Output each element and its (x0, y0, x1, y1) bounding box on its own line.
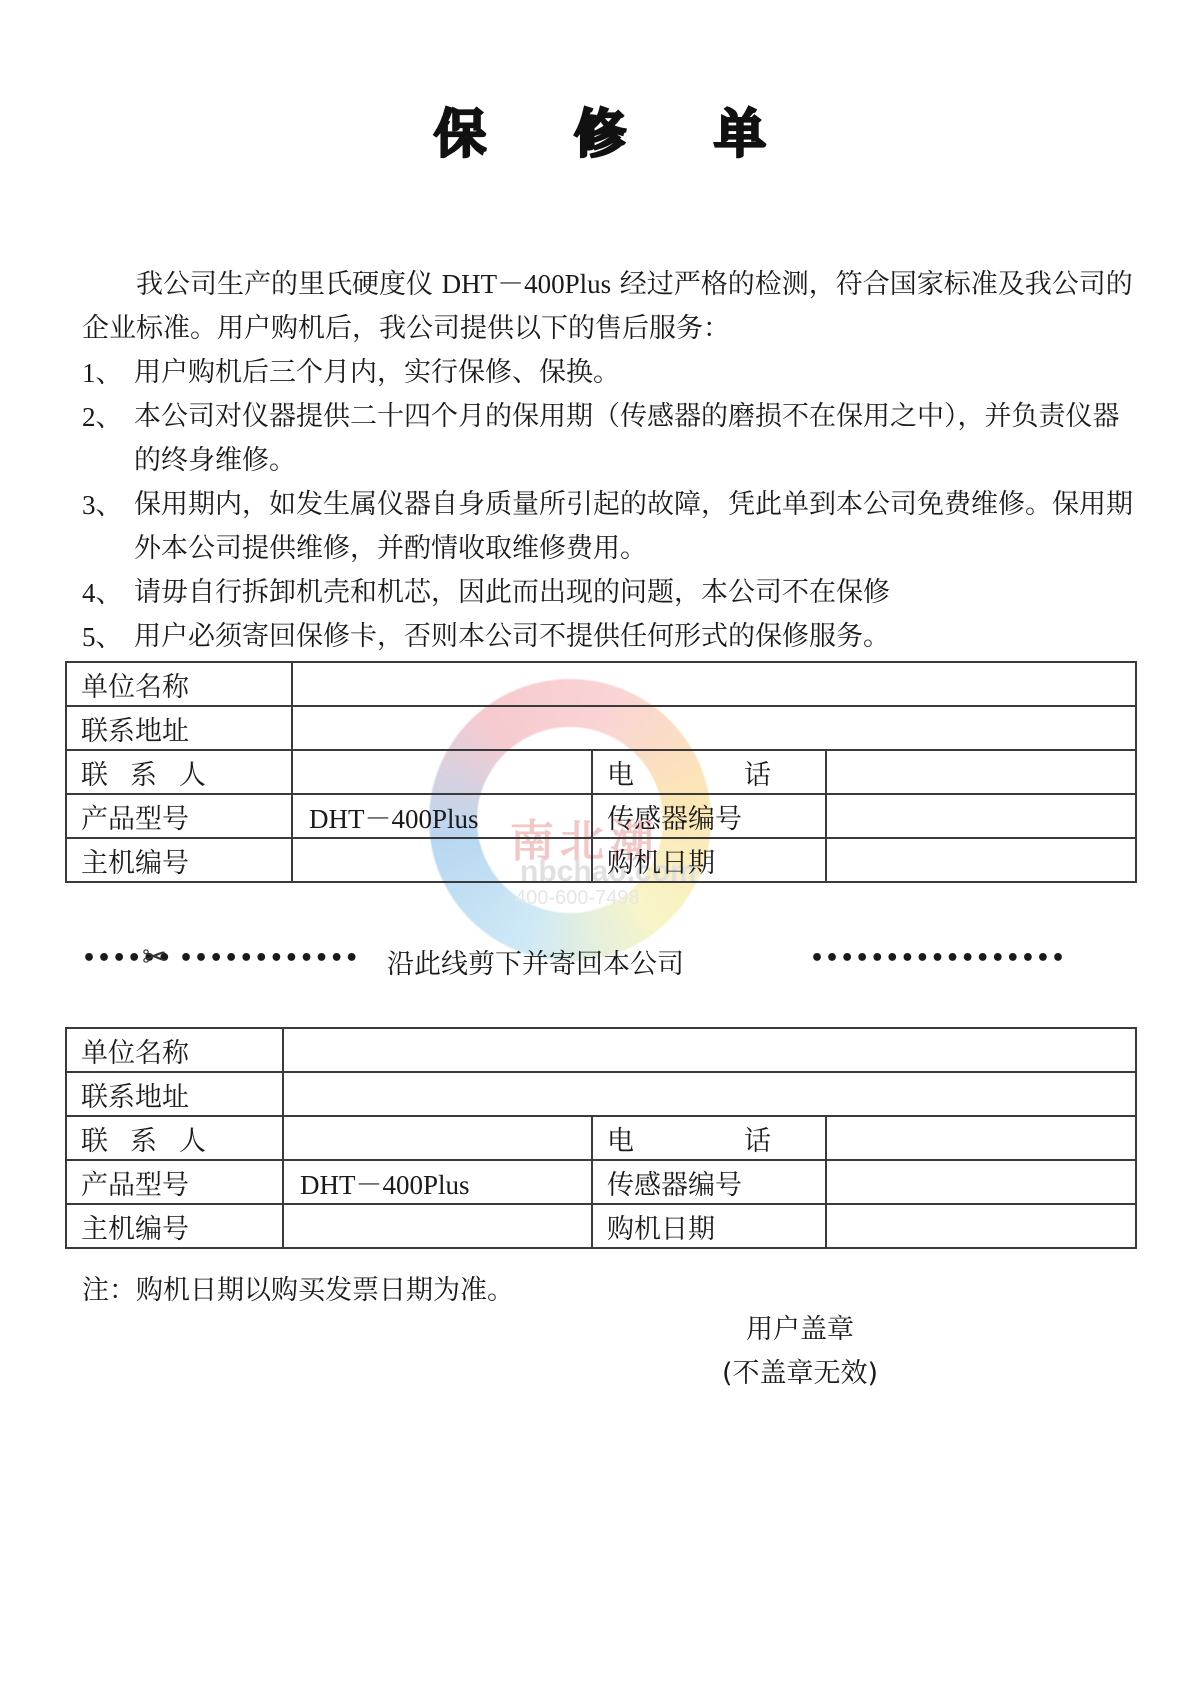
contact-field[interactable] (292, 750, 592, 794)
title-char: 单 (714, 92, 766, 167)
table-row: 联系地址 (66, 706, 1136, 750)
address-field[interactable] (283, 1072, 1136, 1116)
label-phone: 电话 (592, 750, 826, 794)
user-stamp-area: 用户盖章 (不盖章无效) (700, 1308, 900, 1396)
label-model: 产品型号 (66, 794, 292, 838)
label-host-no: 主机编号 (66, 838, 292, 882)
host-no-field[interactable] (292, 838, 592, 882)
term-text: 请毋自行拆卸机壳和机芯，因此而出现的问题，本公司不在保修 (134, 571, 1142, 615)
purchase-date-field[interactable] (826, 1204, 1136, 1248)
term-number: 4、 (82, 571, 134, 615)
table-row: 主机编号 购机日期 (66, 1204, 1136, 1248)
table-row: 单位名称 (66, 662, 1136, 706)
label-sensor-no: 传感器编号 (592, 1160, 826, 1204)
sensor-no-field[interactable] (826, 1160, 1136, 1204)
host-no-field[interactable] (283, 1204, 592, 1248)
company-name-field[interactable] (283, 1028, 1136, 1072)
term-number: 2、 (82, 395, 134, 483)
label-phone-a: 电 (607, 1126, 634, 1157)
table-row: 产品型号 DHT－400Plus 传感器编号 (66, 794, 1136, 838)
term-item: 4、请毋自行拆卸机壳和机芯，因此而出现的问题，本公司不在保修 (82, 571, 1142, 615)
table-row: 联系地址 (66, 1072, 1136, 1116)
term-number: 3、 (82, 483, 134, 571)
label-host-no: 主机编号 (66, 1204, 283, 1248)
term-text: 保用期内，如发生属仪器自身质量所引起的故障，凭此单到本公司免费维修。保用期外本公… (134, 483, 1142, 571)
cut-line: •••••• ✂ •••••••••••• 沿此线剪下并寄回本公司 ••••••… (82, 942, 1142, 982)
term-number: 1、 (82, 351, 134, 395)
sensor-no-field[interactable] (826, 794, 1136, 838)
cut-dots-right: ••••••••••••••••• (810, 946, 1066, 971)
cut-dots-mid: •••••••••••• (179, 946, 360, 971)
address-field[interactable] (292, 706, 1136, 750)
contact-field[interactable] (283, 1116, 592, 1160)
term-item: 5、用户必须寄回保修卡，否则本公司不提供任何形式的保修服务。 (82, 615, 1142, 659)
warranty-terms: 我公司生产的里氏硬度仪 DHT－400Plus 经过严格的检测，符合国家标准及我… (82, 262, 1142, 659)
label-phone-b: 话 (744, 760, 771, 791)
phone-field[interactable] (826, 750, 1136, 794)
label-sensor-no: 传感器编号 (592, 794, 826, 838)
term-text: 本公司对仪器提供二十四个月的保用期（传感器的磨损不在保用之中），并负责仪器的终身… (134, 395, 1142, 483)
table-row: 单位名称 (66, 1028, 1136, 1072)
term-item: 1、用户购机后三个月内，实行保修、保换。 (82, 351, 1142, 395)
stamp-label: 用户盖章 (700, 1308, 900, 1352)
warranty-form-top: 单位名称 联系地址 联系人 电话 产品型号 DHT－400Plus 传感器编号 … (65, 661, 1137, 883)
model-field[interactable]: DHT－400Plus (292, 794, 592, 838)
table-row: 联系人 电话 (66, 1116, 1136, 1160)
label-phone-b: 话 (744, 1126, 771, 1157)
label-purchase-date: 购机日期 (592, 838, 826, 882)
label-model: 产品型号 (66, 1160, 283, 1204)
table-row: 产品型号 DHT－400Plus 传感器编号 (66, 1160, 1136, 1204)
stamp-note: (不盖章无效) (700, 1352, 900, 1396)
title-char: 保 (434, 92, 486, 167)
label-contact: 联系人 (66, 750, 292, 794)
intro-model: DHT－400Plus (442, 269, 612, 299)
title-char: 修 (574, 92, 626, 167)
warranty-form-return: 单位名称 联系地址 联系人 电话 产品型号 DHT－400Plus 传感器编号 … (65, 1027, 1137, 1249)
label-company-name: 单位名称 (66, 662, 292, 706)
cut-line-label: 沿此线剪下并寄回本公司 (387, 942, 684, 981)
table-row: 主机编号 购机日期 (66, 838, 1136, 882)
scissors-icon: ✂ (142, 940, 167, 975)
term-number: 5、 (82, 615, 134, 659)
company-name-field[interactable] (292, 662, 1136, 706)
label-purchase-date: 购机日期 (592, 1204, 826, 1248)
term-item: 3、保用期内，如发生属仪器自身质量所引起的故障，凭此单到本公司免费维修。保用期外… (82, 483, 1142, 571)
label-phone-a: 电 (607, 760, 634, 791)
table-row: 联系人 电话 (66, 750, 1136, 794)
intro-prefix: 我公司生产的里氏硬度仪 (136, 269, 442, 300)
label-phone: 电话 (592, 1116, 826, 1160)
term-item: 2、本公司对仪器提供二十四个月的保用期（传感器的磨损不在保用之中），并负责仪器的… (82, 395, 1142, 483)
term-text: 用户购机后三个月内，实行保修、保换。 (134, 351, 1142, 395)
label-address: 联系地址 (66, 1072, 283, 1116)
model-field[interactable]: DHT－400Plus (283, 1160, 592, 1204)
page-title: 保修单 (0, 92, 1200, 167)
watermark-phone: 400-600-7498 (515, 887, 640, 910)
label-address: 联系地址 (66, 706, 292, 750)
intro-paragraph: 我公司生产的里氏硬度仪 DHT－400Plus 经过严格的检测，符合国家标准及我… (82, 262, 1142, 351)
purchase-date-note: 注：购机日期以购买发票日期为准。 (82, 1268, 514, 1307)
label-company-name: 单位名称 (66, 1028, 283, 1072)
phone-field[interactable] (826, 1116, 1136, 1160)
term-text: 用户必须寄回保修卡，否则本公司不提供任何形式的保修服务。 (134, 615, 1142, 659)
purchase-date-field[interactable] (826, 838, 1136, 882)
label-contact: 联系人 (66, 1116, 283, 1160)
